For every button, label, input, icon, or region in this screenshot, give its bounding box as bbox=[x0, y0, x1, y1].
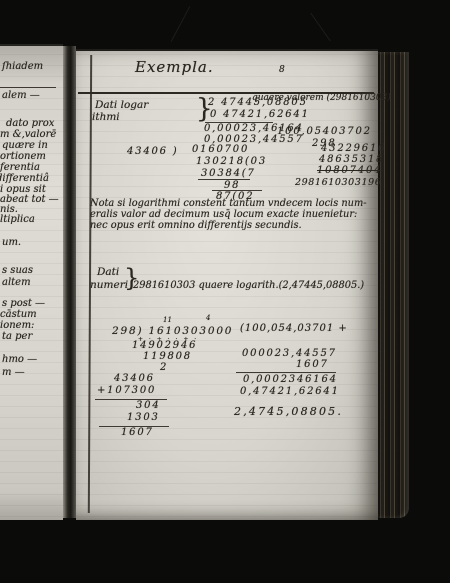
division-work-row: 119808 bbox=[143, 352, 192, 362]
final-logarithm-result: 2,4745,08805. bbox=[234, 406, 343, 417]
nota-line: nec opus erit omnino differentijs secund… bbox=[90, 221, 302, 231]
right-column-value: 48635318 bbox=[319, 155, 384, 165]
facing-page-fragment: um. bbox=[2, 238, 21, 248]
dati-numeri-label-bottom: numeri bbox=[90, 280, 128, 291]
addition-result: 1607 bbox=[121, 428, 154, 438]
nota-line: eralis valor ad decimum usq̄ locum exact… bbox=[90, 210, 357, 220]
facing-page-fragment: alem — bbox=[2, 91, 40, 101]
division-quotient: (100,054,03701 + bbox=[240, 324, 348, 334]
result-column-row: 0,47421,62641 bbox=[240, 387, 340, 397]
quaere-valorem-query: quaere valorem (2981610303) bbox=[252, 94, 391, 103]
dati-numeri-label-top: Dati bbox=[97, 267, 119, 278]
facing-page-fragment: m &,valorē bbox=[0, 130, 56, 140]
facing-page-fragment: ortionem bbox=[0, 152, 46, 162]
addition-row: 304 bbox=[136, 401, 161, 411]
given-logarithm-2: 0 47421,62641 bbox=[210, 110, 310, 120]
facing-page-fragment: dato prox bbox=[6, 119, 54, 129]
result-column-row: 0,0002346164 bbox=[243, 375, 338, 385]
facing-page-fragment: s post — bbox=[2, 299, 45, 309]
page-title: Exempla. bbox=[135, 60, 214, 75]
division-divisor: 43406 ) bbox=[127, 147, 179, 157]
film-scratch bbox=[171, 6, 191, 42]
facing-page-fragment: altem bbox=[2, 278, 31, 288]
addition-row: +107300 bbox=[97, 386, 156, 396]
dati-logarithmi-label-top: Dati logar bbox=[95, 100, 148, 111]
facing-page-fragment: differentiâ bbox=[0, 174, 49, 184]
division-work-row: 130218(03 bbox=[196, 157, 267, 167]
division-work-row: 2 bbox=[160, 363, 168, 373]
addition-row: 1303 bbox=[127, 413, 160, 423]
facing-page-fragment: ltiplica bbox=[0, 215, 35, 225]
facing-page-fragment: hmo — bbox=[2, 355, 37, 365]
result-column-row: 1607 bbox=[296, 360, 329, 370]
facing-page-fragment: m — bbox=[2, 368, 25, 378]
film-scratch bbox=[310, 13, 330, 41]
division-work-row: 30384(7 bbox=[201, 169, 256, 179]
facing-page-fragment: ionem: bbox=[0, 321, 34, 331]
right-column-value: 43229616 bbox=[321, 144, 386, 154]
carry-superscript: 11 bbox=[163, 317, 172, 324]
facing-page-fragment: ferentia bbox=[0, 163, 40, 173]
manuscript-photograph: ſhiadem alem — dato prox m &,valorē quær… bbox=[0, 0, 450, 583]
result-value: 2981610303196 bbox=[295, 178, 381, 188]
facing-page-rule bbox=[0, 87, 56, 88]
quaere-logarithmum-query: 2981610303 quaere logarith.(2,47445,0880… bbox=[133, 281, 364, 291]
division-head: 298) 1610303000 bbox=[112, 326, 233, 337]
facing-page-fragment: ta per bbox=[2, 332, 32, 342]
result-column-row: 000023,44557 bbox=[242, 349, 337, 359]
division-work-row: 0160700 bbox=[192, 145, 249, 155]
dati-logarithmi-label-bottom: ithmi bbox=[92, 112, 120, 123]
facing-page-fragment: ſhiadem bbox=[2, 62, 43, 72]
book-fore-edge bbox=[378, 52, 409, 518]
page-number-mark: 8 bbox=[279, 66, 285, 75]
right-column-value-struck: 10807404 bbox=[317, 166, 382, 176]
carry-superscript: 4 bbox=[206, 315, 210, 322]
intermediate-value: 100,05403702 bbox=[277, 127, 372, 137]
facing-page-fragment: cāstum bbox=[0, 310, 37, 320]
addition-row: 43406 bbox=[114, 374, 155, 384]
book-gutter bbox=[63, 46, 76, 518]
nota-line: Nota si logarithmi constent tantum vndec… bbox=[90, 199, 367, 209]
facing-page-fragment: quære in bbox=[2, 141, 48, 151]
division-work-row: 14902946 bbox=[132, 341, 197, 351]
facing-page-fragment: s suas bbox=[2, 266, 33, 276]
sum-line bbox=[236, 372, 336, 373]
